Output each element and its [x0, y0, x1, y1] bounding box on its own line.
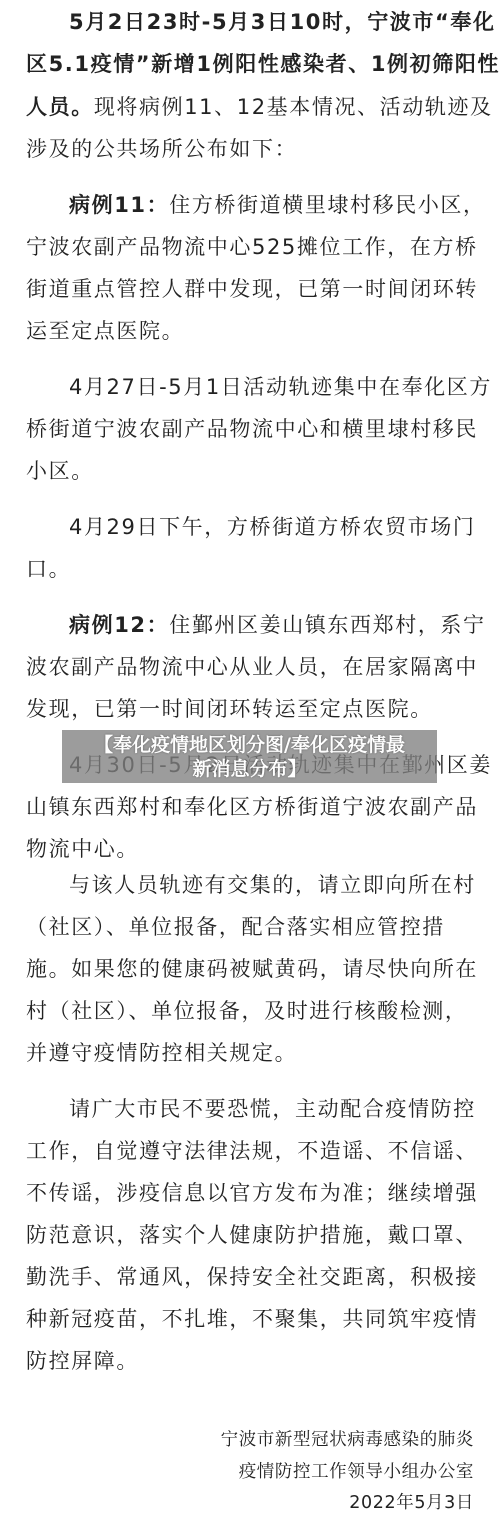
intro-line-3: 人员。现将病例11、12基本情况、活动轨迹及	[26, 86, 474, 128]
signature-org-line-2: 疫情防控工作领导小组办公室	[26, 1456, 474, 1488]
advice-line-1: 与该人员轨迹有交集的，请立即向所在村	[26, 864, 474, 906]
case11-line-1: 病例11：住方桥街道横里埭村移民小区，	[26, 184, 474, 226]
case12-track-line-2: 山镇东西郑村和奉化区方桥街道宁波农副产品	[26, 786, 474, 828]
overlay-caption-banner: 【奉化疫情地区划分图/奉化区疫情最 新消息分布】	[62, 730, 437, 783]
case12-line-1: 病例12：住鄞州区姜山镇东西郑村，系宁	[26, 604, 474, 646]
intro-line-4: 涉及的公共场所公布如下：	[26, 128, 474, 170]
case11-label: 病例11：	[69, 193, 169, 217]
appeal-line-1: 请广大市民不要恐慌，主动配合疫情防控	[26, 1088, 474, 1130]
advice-line-2: （社区）、单位报备，配合落实相应管控措	[26, 906, 474, 948]
case12-label: 病例12：	[69, 613, 169, 637]
advice-line-5: 并遵守疫情防控相关规定。	[26, 1032, 474, 1074]
intro-line-3-rest: 现将病例11、12基本情况、活动轨迹及	[94, 95, 493, 119]
case11-line-2: 宁波农副产品物流中心525摊位工作，在方桥	[26, 226, 474, 268]
case11-track-line-1: 4月27日-5月1日活动轨迹集中在奉化区方	[26, 366, 474, 408]
signature-date: 2022年5月3日	[26, 1487, 474, 1519]
intro-line-2: 区5.1疫情”新增1例阳性感染者、1例初筛阳性	[26, 43, 474, 85]
appeal-line-3: 不传谣，涉疫信息以官方发布为准；继续增强	[26, 1172, 474, 1214]
intro-line-1: 5月2日23时-5月3日10时，宁波市“奉化	[26, 1, 474, 43]
case12-line-3: 发现，已第一时间闭环转运至定点医院。	[26, 688, 474, 730]
appeal-line-6: 种新冠疫苗，不扎堆，不聚集，共同筑牢疫情	[26, 1298, 474, 1340]
case11-line-4: 运至定点医院。	[26, 310, 474, 352]
appeal-line-2: 工作，自觉遵守法律法规，不造谣、不信谣、	[26, 1130, 474, 1172]
appeal-line-5: 勤洗手、常通风，保持安全社交距离，积极接	[26, 1256, 474, 1298]
advice-line-4: 村（社区）、单位报备，及时进行核酸检测，	[26, 990, 474, 1032]
case11-line-3: 街道重点管控人群中发现，已第一时间闭环转	[26, 268, 474, 310]
advice-line-3: 施。如果您的健康码被赋黄码，请尽快向所在	[26, 948, 474, 990]
case12-line-2: 波农副产品物流中心从业人员，在居家隔离中	[26, 646, 474, 688]
case11-track2-line-1: 4月29日下午，方桥街道方桥农贸市场门	[26, 506, 474, 548]
case11-track-line-2: 桥街道宁波农副产品物流中心和横里埭村移民	[26, 408, 474, 450]
banner-line-2: 新消息分布】	[62, 757, 437, 781]
case11-track-line-3: 小区。	[26, 450, 474, 492]
appeal-line-4: 防范意识，落实个人健康防护措施，戴口罩、	[26, 1214, 474, 1256]
banner-line-1: 【奉化疫情地区划分图/奉化区疫情最	[62, 733, 437, 757]
case11-line-1-text: 住方桥街道横里埭村移民小区，	[169, 193, 485, 217]
case12-line-1-text: 住鄞州区姜山镇东西郑村，系宁	[169, 613, 485, 637]
case11-track2-line-2: 口。	[26, 548, 474, 590]
intro-line-3-bold: 人员。	[26, 95, 94, 119]
signature-org-line-1: 宁波市新型冠状病毒感染的肺炎	[26, 1424, 474, 1456]
appeal-line-7: 防控屏障。	[26, 1340, 474, 1382]
